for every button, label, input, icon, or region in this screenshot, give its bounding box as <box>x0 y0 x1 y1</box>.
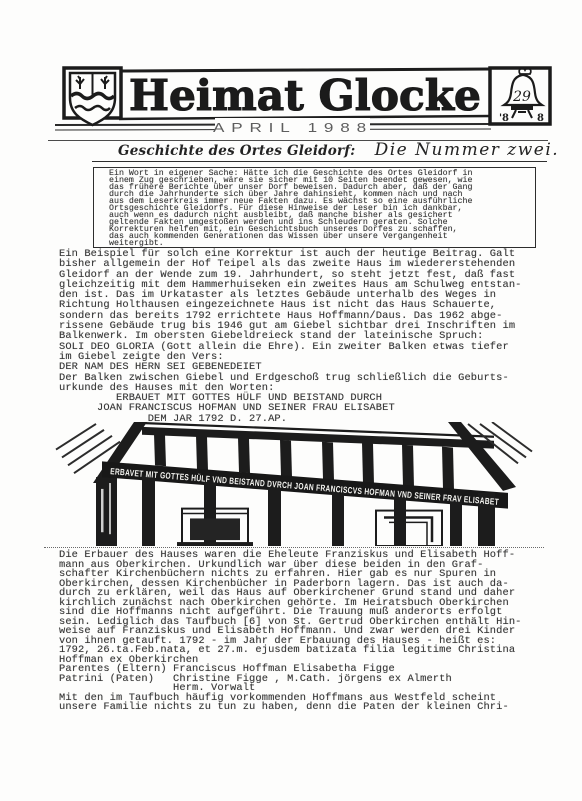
date-line: APRIL 1988 <box>213 121 373 135</box>
headline-underline <box>92 161 547 162</box>
bell-year-right: 8 <box>537 113 544 124</box>
article-paragraph-2: Die Erbauer des Hauses waren die Eheleut… <box>59 551 521 713</box>
bell-issue-box: 29 '8 8 <box>490 68 550 124</box>
issue-number: 29 <box>512 89 531 105</box>
masthead-banner: Heimat Glocke 29 '8 8 APRIL 1 <box>55 64 555 140</box>
editor-note-box: Ein Wort in eigener Sache: Hätte ich die… <box>93 167 536 248</box>
headline: Geschichte des Ortes Gleidorf: Die Numme… <box>118 140 559 160</box>
headline-issue: Die Nummer zwei. <box>375 140 560 160</box>
article-paragraph-1: Ein Beispiel für solch eine Korrektur is… <box>59 249 521 393</box>
headline-topic: Geschichte des Ortes Gleidorf: <box>118 143 356 159</box>
illustration-baseline-dotted <box>44 547 544 548</box>
masthead-title: Heimat Glocke <box>129 71 481 120</box>
house-dedication-lines: ERBAUET MIT GOTTES HÜLF UND BEISTAND DUR… <box>59 393 395 424</box>
beam-inscription-text: ERBAVET MIT GOTTES HÜLF VND BEISTAND DVR… <box>110 466 500 507</box>
window-right <box>376 511 442 546</box>
editor-note-text: Ein Wort in eigener Sache: Hätte ich die… <box>94 168 535 247</box>
coat-of-arms-icon <box>64 68 121 125</box>
bell-year-left: '8 <box>499 113 509 124</box>
left-corner-post <box>96 477 117 546</box>
half-timbered-house-illustration: ERBAVET MIT GOTTES HÜLF VND BEISTAND DVR… <box>46 422 536 546</box>
scanned-newsletter-page: Heimat Glocke 29 '8 8 APRIL 1 <box>0 0 582 801</box>
